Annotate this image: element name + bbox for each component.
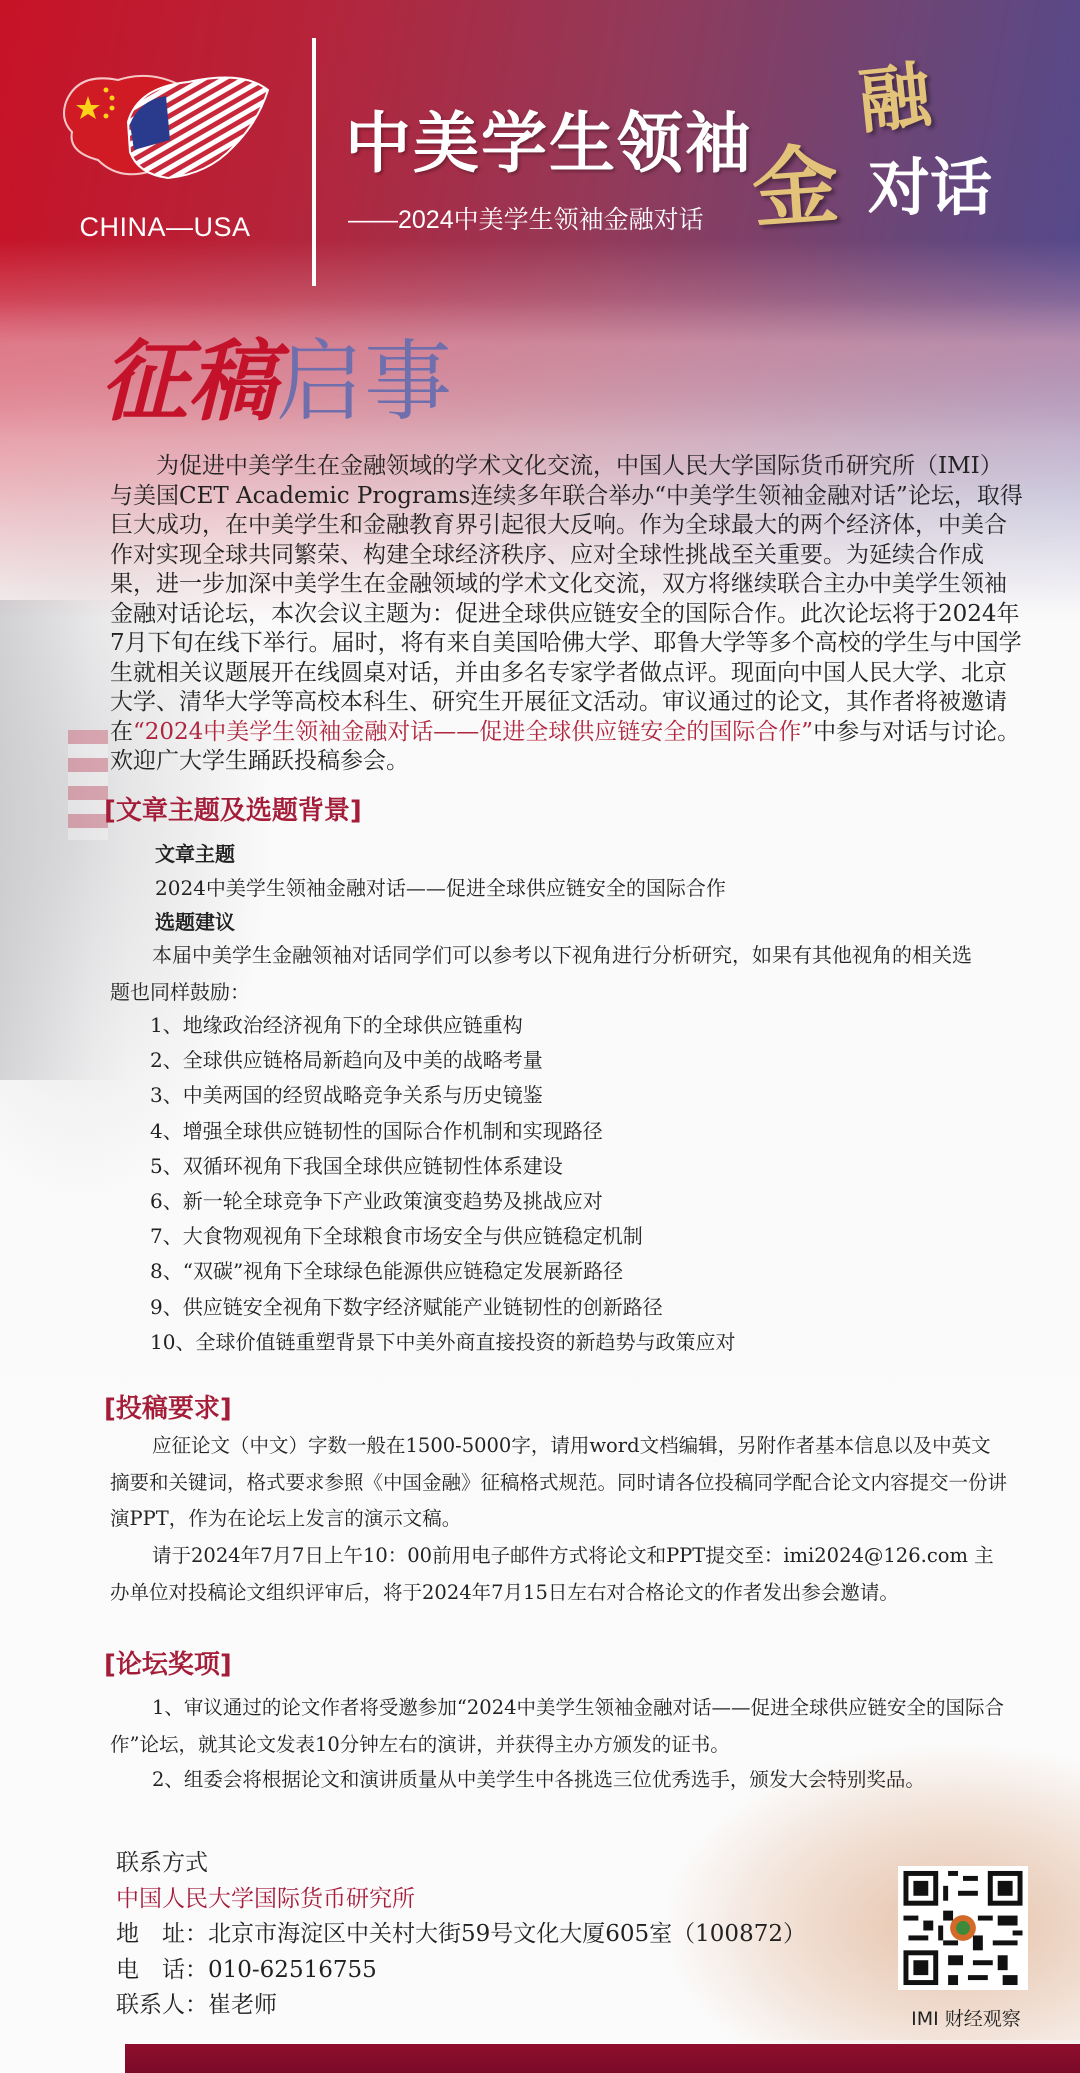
suggest-intro: 本届中美学生金融领袖对话同学们可以参考以下视角进行分析研究，如果有其他视角的相关… <box>110 937 990 1010</box>
contact-block: 联系方式 中国人民大学国际货币研究所 地 址：北京市海淀区中关村大街59号文化大… <box>116 1846 806 2024</box>
list-item: 3、中美两国的经贸战略竞争关系与历史镜鉴 <box>150 1078 735 1113</box>
qr-code-icon[interactable] <box>898 1866 1028 1990</box>
theme-label: 文章主题 <box>155 838 235 867</box>
header-title-gold-jin: 金 <box>748 115 842 245</box>
submission-paragraph-1: 应征论文（中文）字数一般在1500-5000字，请用word文档编辑，另附作者基… <box>110 1428 1010 1538</box>
contact-phone: 电 话：010-62516755 <box>116 1953 806 1989</box>
list-item: 8、“双碳”视角下全球绿色能源供应链稳定发展新路径 <box>150 1254 735 1289</box>
header-divider <box>312 38 316 286</box>
list-item: 1、地缘政治经济视角下的全球供应链重构 <box>150 1008 735 1043</box>
theme-text: 2024中美学生领袖金融对话——促进全球供应链安全的国际合作 <box>155 872 726 901</box>
title-blue: 启事 <box>276 330 452 433</box>
topic-list: 1、地缘政治经济视角下的全球供应链重构 2、全球供应链格局新趋向及中美的战略考量… <box>150 1008 735 1360</box>
list-item: 9、供应链安全视角下数字经济赋能产业链韧性的创新路径 <box>150 1290 735 1325</box>
section-heading-theme: [文章主题及选题背景] <box>104 790 362 827</box>
awards-item-2: 2、组委会将根据论文和演讲质量从中美学生中各挑选三位优秀选手，颁发大会特别奖品。 <box>110 1762 1010 1799</box>
us-flag-background-image <box>68 730 108 840</box>
list-item: 7、大食物观视角下全球粮食市场安全与供应链稳定机制 <box>150 1219 735 1254</box>
qr-label: IMI 财经观察 <box>893 2004 1039 2031</box>
list-item: 10、全球价值链重塑背景下中美外商直接投资的新趋势与政策应对 <box>150 1325 735 1360</box>
list-item: 5、双循环视角下我国全球供应链韧性体系建设 <box>150 1149 735 1184</box>
intro-highlight: “2024中美学生领袖金融对话——促进全球供应链安全的国际合作” <box>133 719 813 745</box>
logo-caption: CHINA—USA <box>70 212 260 243</box>
contact-label: 联系方式 <box>116 1846 806 1882</box>
suggest-label: 选题建议 <box>155 906 235 935</box>
title-red: 征稿 <box>100 329 276 433</box>
contact-address: 地 址：北京市海淀区中关村大街59号文化大厦605室（100872） <box>116 1917 806 1953</box>
list-item: 6、新一轮全球竞争下产业政策演变趋势及挑战应对 <box>150 1184 735 1219</box>
header-title-gold-rong: 融 <box>853 37 935 148</box>
intro-paragraph: 为促进中美学生在金融领域的学术文化交流，中国人民大学国际货币研究所（IMI）与美… <box>110 452 1024 777</box>
intro-text: 为促进中美学生在金融领域的学术文化交流，中国人民大学国际货币研究所（IMI）与美… <box>110 453 1023 745</box>
section-heading-awards: [论坛奖项] <box>104 1644 232 1681</box>
header-title-end: 对话 <box>868 138 992 227</box>
china-usa-flags-logo-icon <box>58 62 288 182</box>
contact-org: 中国人民大学国际货币研究所 <box>116 1882 806 1918</box>
header-subtitle: ——2024中美学生领袖金融对话 <box>348 200 704 236</box>
call-for-papers-title: 征稿启事 <box>100 312 452 438</box>
footer-bar <box>125 2044 1080 2073</box>
awards-item-1: 1、审议通过的论文作者将受邀参加“2024中美学生领袖金融对话——促进全球供应链… <box>110 1690 1010 1763</box>
section-heading-submission: [投稿要求] <box>104 1388 232 1425</box>
list-item: 2、全球供应链格局新趋向及中美的战略考量 <box>150 1043 735 1078</box>
header-title: 中美学生领袖 <box>345 90 753 185</box>
contact-person: 联系人：崔老师 <box>116 1988 806 2024</box>
submission-paragraph-2: 请于2024年7月7日上午10：00前用电子邮件方式将论文和PPT提交至：imi… <box>110 1538 1010 1611</box>
list-item: 4、增强全球供应链韧性的国际合作机制和实现路径 <box>150 1114 735 1149</box>
